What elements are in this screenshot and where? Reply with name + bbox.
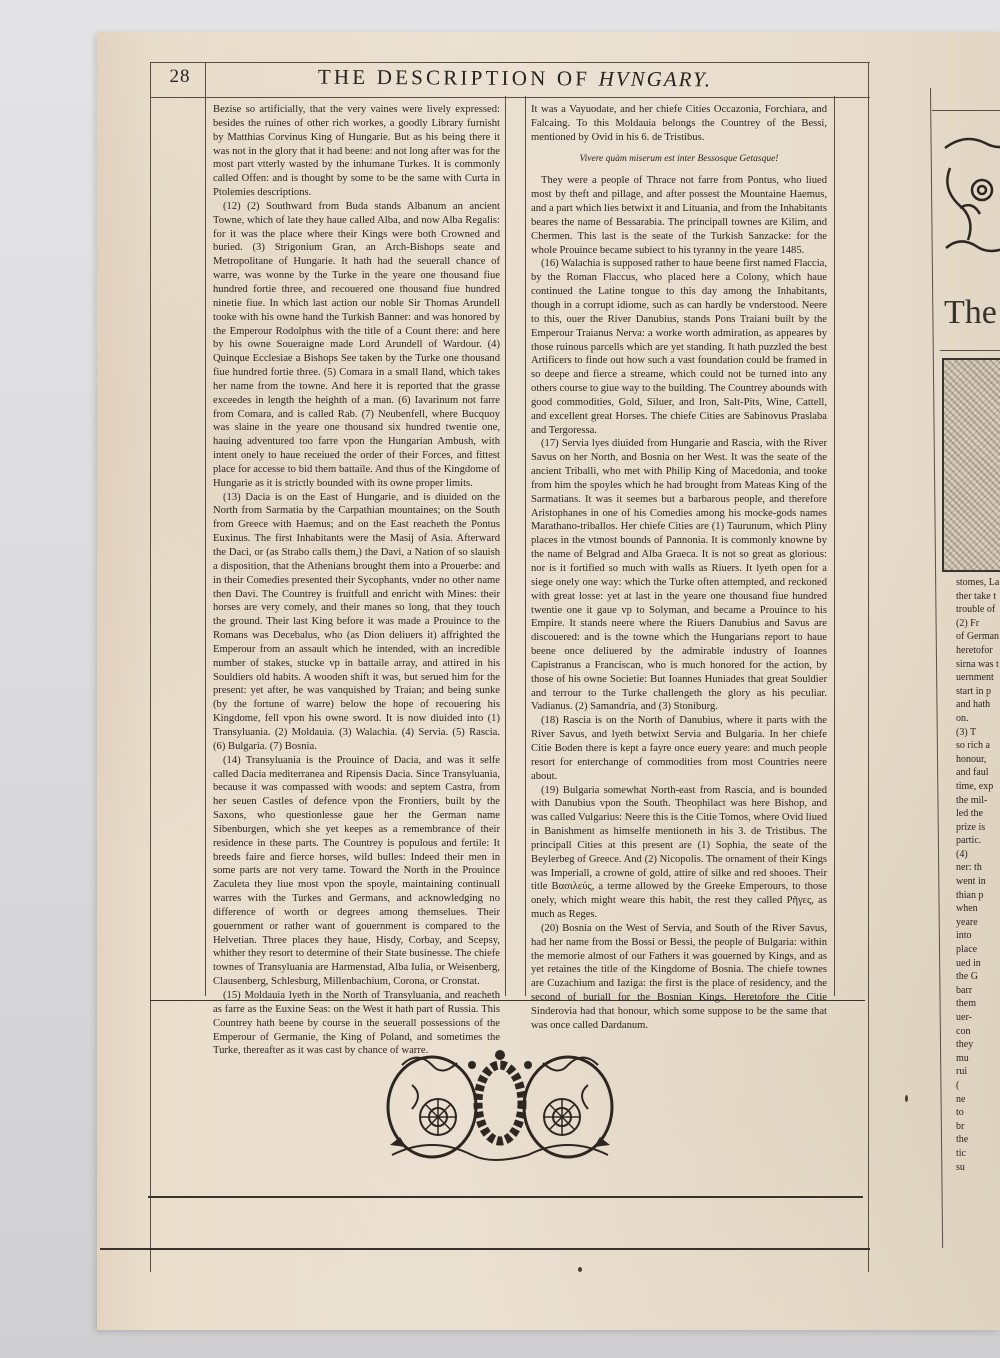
paragraph-17-servia: (17) Servia lyes diuided from Hungarie a… (531, 437, 827, 714)
text-line: (4) (956, 848, 1000, 862)
running-head: THE DESCRIPTION OF HVNGARY. (215, 64, 815, 93)
adjacent-page-title: The (944, 294, 997, 332)
text-line: (2) Fr (956, 617, 1000, 631)
header-divider (205, 62, 206, 96)
text-line: place (956, 943, 1000, 957)
text-line: the mil- (956, 794, 1000, 808)
text-line: heretofor (956, 644, 1000, 658)
paragraph-16-walachia: (16) Walachia is supposed rather to haue… (531, 257, 827, 437)
text-line: ther take t (956, 590, 1000, 604)
text-line: sirna was t (956, 658, 1000, 672)
paper-speck (905, 1095, 908, 1102)
text-line: ne (956, 1093, 1000, 1107)
text-line: ( (956, 1079, 1000, 1093)
text-line: uernment (956, 671, 1000, 685)
page-number: 28 (160, 66, 200, 88)
adjacent-woodcut-illustration-icon (942, 358, 1000, 572)
text-line: ner: th (956, 861, 1000, 875)
text-line: led the (956, 807, 1000, 821)
text-line: them (956, 997, 1000, 1011)
text-line: start in p (956, 685, 1000, 699)
paragraph-20-bosnia: (20) Bosnia on the West of Servia, and S… (531, 922, 827, 1033)
rule-below-text (150, 1000, 865, 1001)
text-line: trouble of (956, 603, 1000, 617)
column-divider-right (525, 96, 526, 996)
adjacent-ornament-icon (940, 128, 1000, 278)
text-line: tic (956, 1147, 1000, 1161)
paragraph-buda-continued: Bezise so artificially, that the very va… (213, 103, 500, 200)
adjacent-page-text: stomes, La ther take t trouble of (2) Fr… (956, 576, 1000, 1174)
text-line: barr (956, 984, 1000, 998)
running-head-italic: HVNGARY. (599, 67, 713, 92)
text-line: prize is (956, 821, 1000, 835)
text-line: honour, (956, 753, 1000, 767)
adjacent-page-rule-2 (940, 350, 1000, 351)
text-line: when (956, 902, 1000, 916)
text-line: mu (956, 1052, 1000, 1066)
paper-speck (578, 1267, 582, 1272)
text-line: su (956, 1161, 1000, 1175)
text-line: con (956, 1025, 1000, 1039)
left-text-column: Bezise so artificially, that the very va… (213, 103, 500, 1058)
text-line: so rich a (956, 739, 1000, 753)
text-line: and faul (956, 766, 1000, 780)
column-divider-left (505, 96, 506, 996)
text-line: on. (956, 712, 1000, 726)
rule-lower (148, 1196, 863, 1198)
ovid-verse-quote: Vivere quàm miserum est inter Bessosque … (531, 153, 827, 167)
paragraph-18-rascia: (18) Rascia is on the North of Danubius,… (531, 714, 827, 783)
text-line: uer- (956, 1011, 1000, 1025)
text-line: yeare (956, 916, 1000, 930)
paragraph-bessi: They were a people of Thrace not farre f… (531, 174, 827, 257)
paragraph-moldavia-continued: It was a Vayuodate, and her chiefe Citie… (531, 103, 827, 145)
text-line: the G (956, 970, 1000, 984)
text-line: they (956, 1038, 1000, 1052)
text-line: and hath (956, 698, 1000, 712)
text-line: stomes, La (956, 576, 1000, 590)
text-line: time, exp (956, 780, 1000, 794)
paragraph-13-dacia: (13) Dacia is on the East of Hungarie, a… (213, 491, 500, 754)
running-head-roman: THE DESCRIPTION OF (318, 65, 590, 91)
paragraph-19-bulgaria: (19) Bulgaria somewhat North-east from R… (531, 784, 827, 922)
text-line: the (956, 1133, 1000, 1147)
right-text-column: It was a Vayuodate, and her chiefe Citie… (531, 103, 827, 1033)
text-line: ued in (956, 957, 1000, 971)
adjacent-page-rule (932, 110, 1000, 111)
text-line: went in (956, 875, 1000, 889)
text-line: rui (956, 1065, 1000, 1079)
text-line: into (956, 929, 1000, 943)
paragraph-12-alba-regalis: (12) (2) Southward from Buda stands Alba… (213, 200, 500, 491)
adjacent-page-fragment: The stomes, La ther take t trouble of (2… (930, 88, 1000, 1288)
text-line: of German (956, 630, 1000, 644)
text-line: partic. (956, 834, 1000, 848)
text-line: thian p (956, 889, 1000, 903)
woodcut-ornament-icon (382, 1045, 618, 1165)
rule-bottom-edge (100, 1248, 870, 1250)
text-line: br (956, 1120, 1000, 1134)
text-line: (3) T (956, 726, 1000, 740)
text-line: to (956, 1106, 1000, 1120)
paragraph-14-transylvania: (14) Transyluania is the Prouince of Dac… (213, 754, 500, 989)
